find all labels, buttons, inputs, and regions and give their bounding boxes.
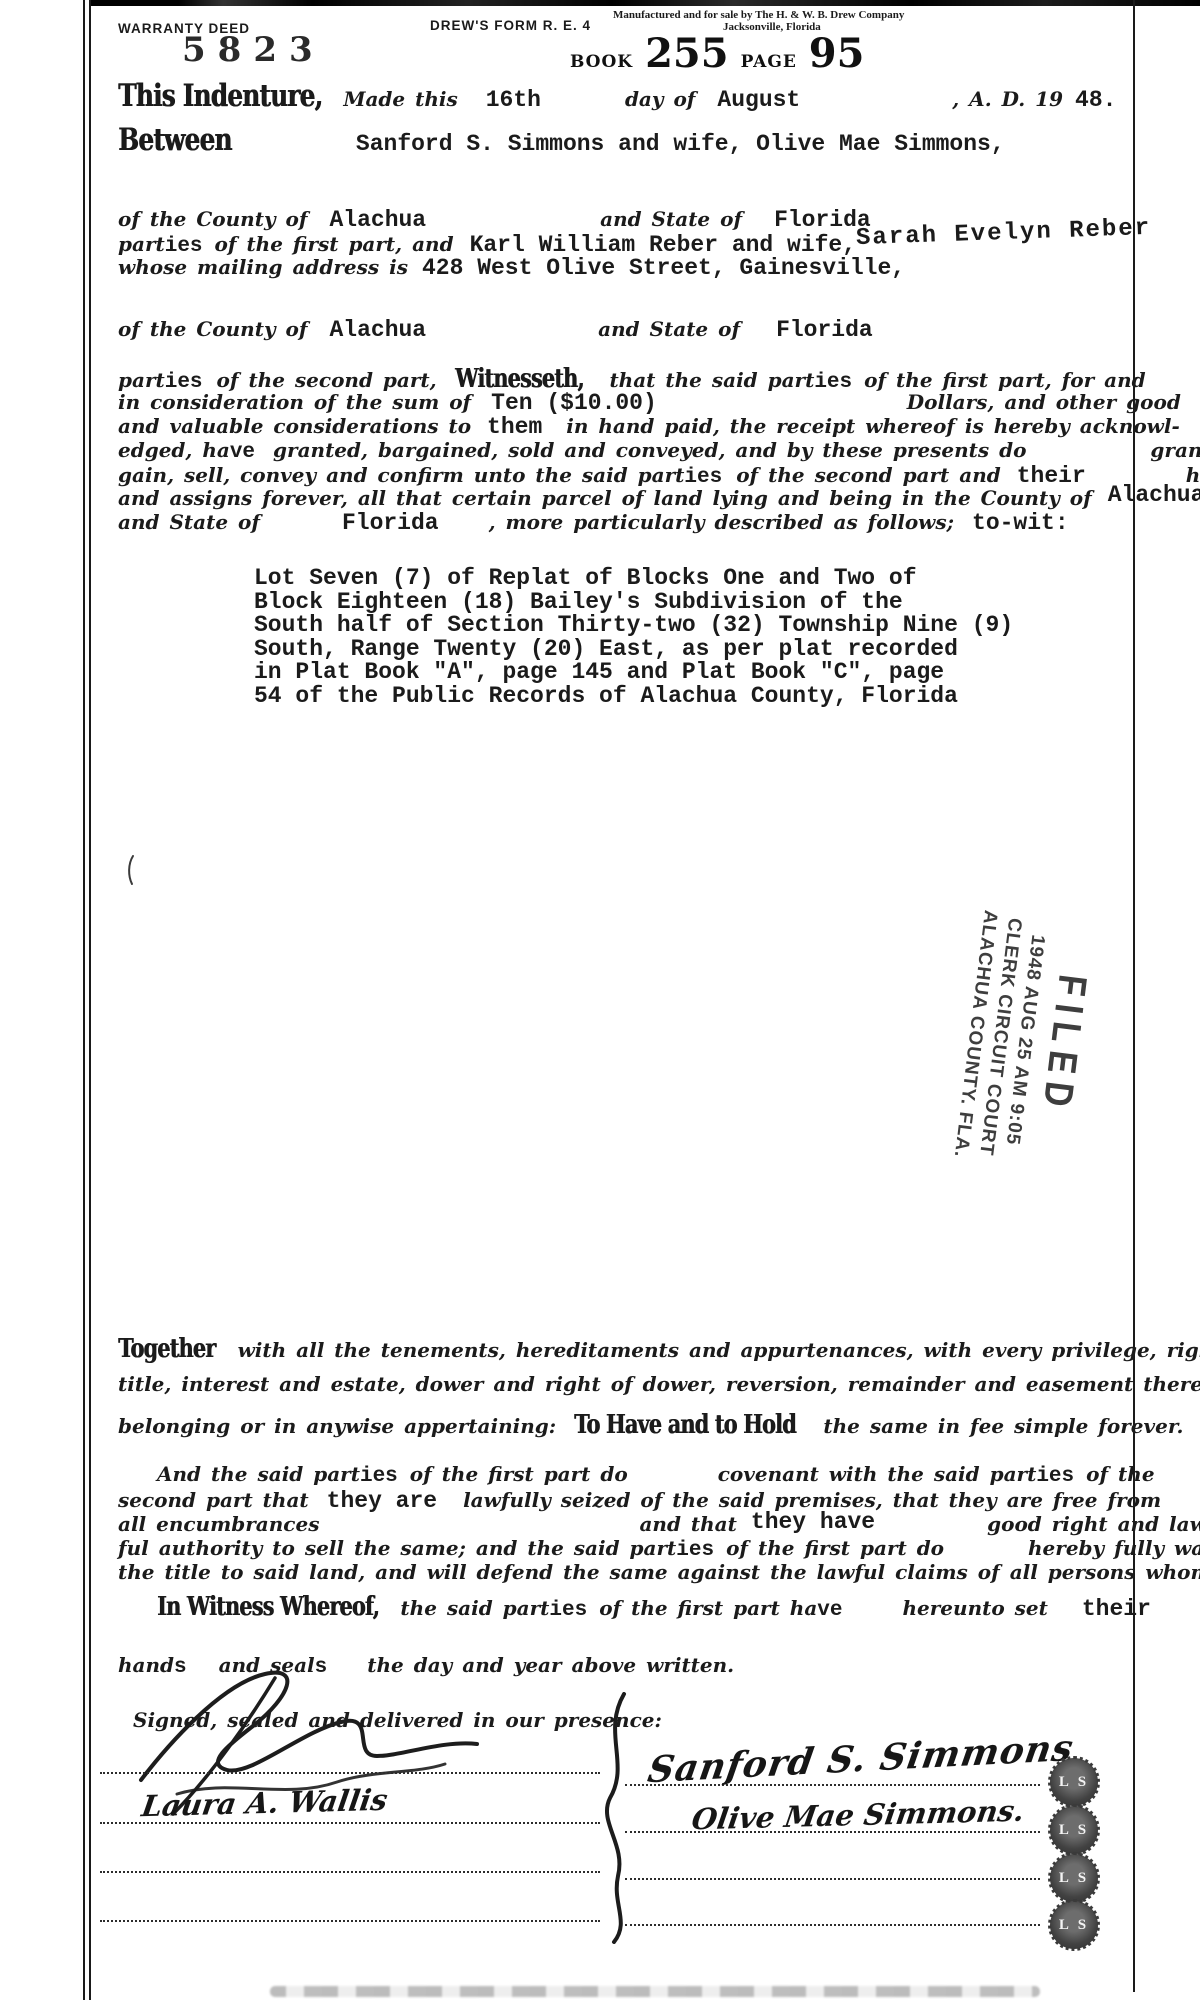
and-said-part-label: And the said part bbox=[157, 1462, 360, 1486]
witness-signature-line-3 bbox=[100, 1871, 600, 1873]
deed-page: WARRANTY DEED DREW'S FORM R. E. 4 Manufa… bbox=[0, 0, 1200, 2000]
witness-signature-line-1 bbox=[100, 1772, 600, 1774]
witness-signature-line-4 bbox=[100, 1920, 600, 1922]
book-label: BOOK bbox=[570, 54, 633, 72]
witness2-signature: Laura A. Wallis bbox=[139, 1783, 389, 1824]
covenant-line-4: ful authority to sell the same; and the … bbox=[118, 1538, 1200, 1562]
hereunto-label: hereunto set bbox=[903, 1596, 1048, 1620]
legal-description-line-2: Block Eighteen (18) Bailey's Subdivision… bbox=[254, 590, 903, 614]
they-have-value: they have bbox=[751, 1509, 875, 1535]
state-of-label-3: and State of bbox=[118, 510, 260, 534]
state-fill: Florida bbox=[342, 510, 439, 536]
grantor-county-value: Alachua bbox=[329, 207, 426, 233]
covenant-line-3: all encumbrances and that they have good… bbox=[118, 1513, 1200, 1537]
page-label: PAGE bbox=[741, 54, 797, 72]
month-value: August bbox=[717, 87, 800, 113]
seal-2: L S bbox=[1050, 1806, 1098, 1854]
granting-line-4: edged, have granted, bargained, sold and… bbox=[118, 440, 1200, 464]
grantee-wife-name: Sarah Evelyn Reber bbox=[856, 216, 1152, 251]
ve-fill-2: ve bbox=[817, 1599, 842, 1622]
legal-description-line-5: in Plat Book "A", page 145 and Plat Book… bbox=[254, 660, 944, 684]
first-do2-label: of the first part do bbox=[726, 1536, 944, 1560]
grantors-names: Sanford S. Simmons and wife, Olive Mae S… bbox=[356, 131, 1005, 157]
first-do-label: of the first part do bbox=[410, 1462, 628, 1486]
valuable-label: and valuable considerations to bbox=[118, 414, 471, 438]
fee-simple-label: the same in fee simple forever. bbox=[823, 1414, 1183, 1438]
in-hand-label: in hand paid, the receipt whereof is her… bbox=[566, 414, 1180, 438]
day-value: 16th bbox=[486, 87, 541, 113]
this-indenture-heading: This Indenture, bbox=[118, 80, 322, 113]
part-label-1: part bbox=[118, 232, 165, 256]
described-label: , more particularly described as follows… bbox=[489, 510, 954, 534]
seal-4: L S bbox=[1050, 1901, 1098, 1949]
seal-2-label: L S bbox=[1059, 1822, 1089, 1839]
assigns-label: and assigns forever, all that certain pa… bbox=[118, 486, 1092, 510]
indenture-line: This Indenture,Made this 16th day of Aug… bbox=[118, 80, 1116, 113]
seal-1-label: L S bbox=[1059, 1774, 1089, 1791]
seal-4-label: L S bbox=[1059, 1917, 1089, 1934]
granting-line-3: and valuable considerations to them in h… bbox=[118, 415, 1180, 439]
county-of-label-1: of the County of bbox=[118, 207, 307, 231]
printer-credit-line1: Manufactured and for sale by The H. & W.… bbox=[613, 10, 904, 22]
amount-value: Ten ($10.00) bbox=[491, 390, 657, 416]
legal-description-line-4: South, Range Twenty (20) East, as per pl… bbox=[254, 637, 958, 661]
covenant-line-5: the title to said land, and will defend … bbox=[118, 1562, 1200, 1583]
covenant-line-2: second part that they are lawfully seize… bbox=[118, 1489, 1161, 1513]
together-line-1: Together with all the tenements, heredit… bbox=[118, 1336, 1200, 1363]
seal-1: L S bbox=[1050, 1758, 1098, 1806]
page-number: 95 bbox=[809, 33, 865, 75]
encumbrances-label: all encumbrances bbox=[118, 1512, 319, 1536]
ies-fill-7: ies bbox=[676, 1539, 714, 1562]
ful-authority-label: ful authority to sell the same; and the … bbox=[118, 1536, 676, 1560]
left-margin-rule-outer bbox=[83, 0, 85, 2000]
witness-whereof-line: In Witness Whereof, the said parties of … bbox=[157, 1594, 1151, 1622]
stray-ink-mark bbox=[124, 854, 138, 886]
granted-label: granted, bargained, sold and conveyed, a… bbox=[273, 438, 1026, 462]
signature-brace bbox=[594, 1692, 634, 1944]
between-line: Between Sanford S. Simmons and wife, Oli… bbox=[118, 124, 1005, 157]
that-said-part-label: that the said part bbox=[609, 368, 814, 392]
covenant-with-label: covenant with the said part bbox=[718, 1462, 1037, 1486]
grantee-county-line: of the County of Alachua and State of Fl… bbox=[118, 318, 873, 342]
to-wit-value: to-wit: bbox=[972, 510, 1069, 536]
filed-stamp-content: FILED 1948 AUG 25 AM 9:05 CLERK CIRCUIT … bbox=[944, 874, 1105, 1207]
ies-fill-5: ies bbox=[360, 1465, 398, 1488]
covenant-line-1: And the said parties of the first part d… bbox=[157, 1464, 1155, 1488]
legal-description-line-1: Lot Seven (7) of Replat of Blocks One an… bbox=[254, 566, 917, 590]
printer-credit-line2: Jacksonville, Florida bbox=[723, 22, 821, 34]
edged-ha-label: edged, ha bbox=[118, 438, 230, 462]
first-part-and-label: of the first part, and bbox=[215, 232, 454, 256]
grantor-signature-line-3 bbox=[625, 1878, 1040, 1880]
grantor-county-line: of the County of Alachua and State of Fl… bbox=[118, 208, 871, 232]
second-that-label: second part that bbox=[118, 1488, 309, 1512]
gain-label: gain, sell, convey and confirm unto the … bbox=[118, 463, 684, 487]
book-page-stamp: BOOK 255 PAGE 95 bbox=[570, 33, 864, 75]
together-rest-label: with all the tenements, hereditaments an… bbox=[238, 1338, 1200, 1362]
legal-description-line-3: South half of Section Thirty-two (32) To… bbox=[254, 613, 1013, 637]
said-part-label: the said part bbox=[400, 1596, 549, 1620]
ies-fill-6: ies bbox=[1036, 1465, 1074, 1488]
they-are-value: they are bbox=[327, 1488, 437, 1514]
and-that-label: and that bbox=[639, 1512, 736, 1536]
second-part-label: of the second part, bbox=[217, 368, 437, 392]
warrant-label: hereby fully warrant bbox=[1028, 1536, 1200, 1560]
belonging-label: belonging or in anywise appertaining: bbox=[118, 1414, 556, 1438]
legal-description-line-6: 54 of the Public Records of Alachua Coun… bbox=[254, 684, 958, 708]
scan-bottom-smudge bbox=[270, 1986, 1040, 1997]
granting-line-2: in consideration of the sum of Ten ($10.… bbox=[118, 391, 1181, 415]
granting-line-6: and assigns forever, all that certain pa… bbox=[118, 487, 1200, 511]
grantor-signature-line-4 bbox=[625, 1924, 1040, 1926]
them-value: them bbox=[487, 414, 542, 440]
together-heading: Together bbox=[118, 1336, 215, 1363]
book-number: 255 bbox=[645, 33, 729, 75]
county-of-label-2: of the County of bbox=[118, 317, 307, 341]
grantee-state-value: Florida bbox=[776, 317, 873, 343]
seal-3: L S bbox=[1050, 1854, 1098, 1902]
form-number-label: DREW'S FORM R. E. 4 bbox=[430, 19, 591, 33]
consideration-label: in consideration of the sum of bbox=[118, 390, 471, 414]
together-line-2: title, interest and estate, dower and ri… bbox=[118, 1374, 1200, 1395]
day-of-label: day of bbox=[625, 87, 695, 111]
mailing-address-label: whose mailing address is bbox=[118, 255, 408, 279]
scan-top-edge bbox=[90, 0, 1200, 6]
grantor1-signature: Sanford S. Simmons bbox=[645, 1727, 1077, 1792]
of-the-label: of the bbox=[1086, 1462, 1154, 1486]
part-label-2: part bbox=[118, 368, 165, 392]
filed-stamp: FILED 1948 AUG 25 AM 9:05 CLERK CIRCUIT … bbox=[905, 910, 1145, 1170]
made-this-label: Made this bbox=[343, 87, 457, 111]
instrument-number: 5823 bbox=[182, 33, 325, 69]
year-value: 48. bbox=[1075, 87, 1116, 113]
dollars-label: Dollars, and other good bbox=[907, 390, 1181, 414]
county-fill: Alachua, bbox=[1108, 482, 1200, 508]
between-heading: Between bbox=[118, 124, 232, 157]
grantor2-signature: Olive Mae Simmons. bbox=[690, 1794, 1027, 1837]
second-and-label: of the second part and bbox=[736, 463, 1001, 487]
in-witness-whereof-heading: In Witness Whereof, bbox=[157, 1594, 379, 1621]
to-have-line: belonging or in anywise appertaining: To… bbox=[118, 1412, 1184, 1439]
granting-line-7: and State of Florida , more particularly… bbox=[118, 511, 1069, 535]
to-have-and-hold-heading: To Have and to Hold bbox=[574, 1412, 796, 1439]
grant-bar-label: grant, bar- bbox=[1150, 438, 1200, 462]
first-part-for-label: of the first part, for and bbox=[864, 368, 1145, 392]
mailing-address-line: whose mailing address is 428 West Olive … bbox=[118, 256, 905, 280]
ad-19-label: , A. D. 19 bbox=[952, 87, 1063, 111]
mailing-address-value: 428 West Olive Street, Gainesville, bbox=[422, 255, 905, 281]
state-of-label-2: and State of bbox=[598, 317, 740, 341]
state-of-label-1: and State of bbox=[600, 207, 742, 231]
grantee-county-value: Alachua bbox=[329, 317, 426, 343]
good-right-label: good right and law- bbox=[987, 1512, 1200, 1536]
ies-fill-8: ies bbox=[549, 1599, 587, 1622]
first-ha-label: of the first part ha bbox=[599, 1596, 817, 1620]
their-fill: their bbox=[1082, 1596, 1151, 1622]
ve-fill-1: ve bbox=[230, 441, 255, 464]
seal-3-label: L S bbox=[1059, 1870, 1089, 1887]
left-margin-rule-inner bbox=[89, 0, 91, 2000]
